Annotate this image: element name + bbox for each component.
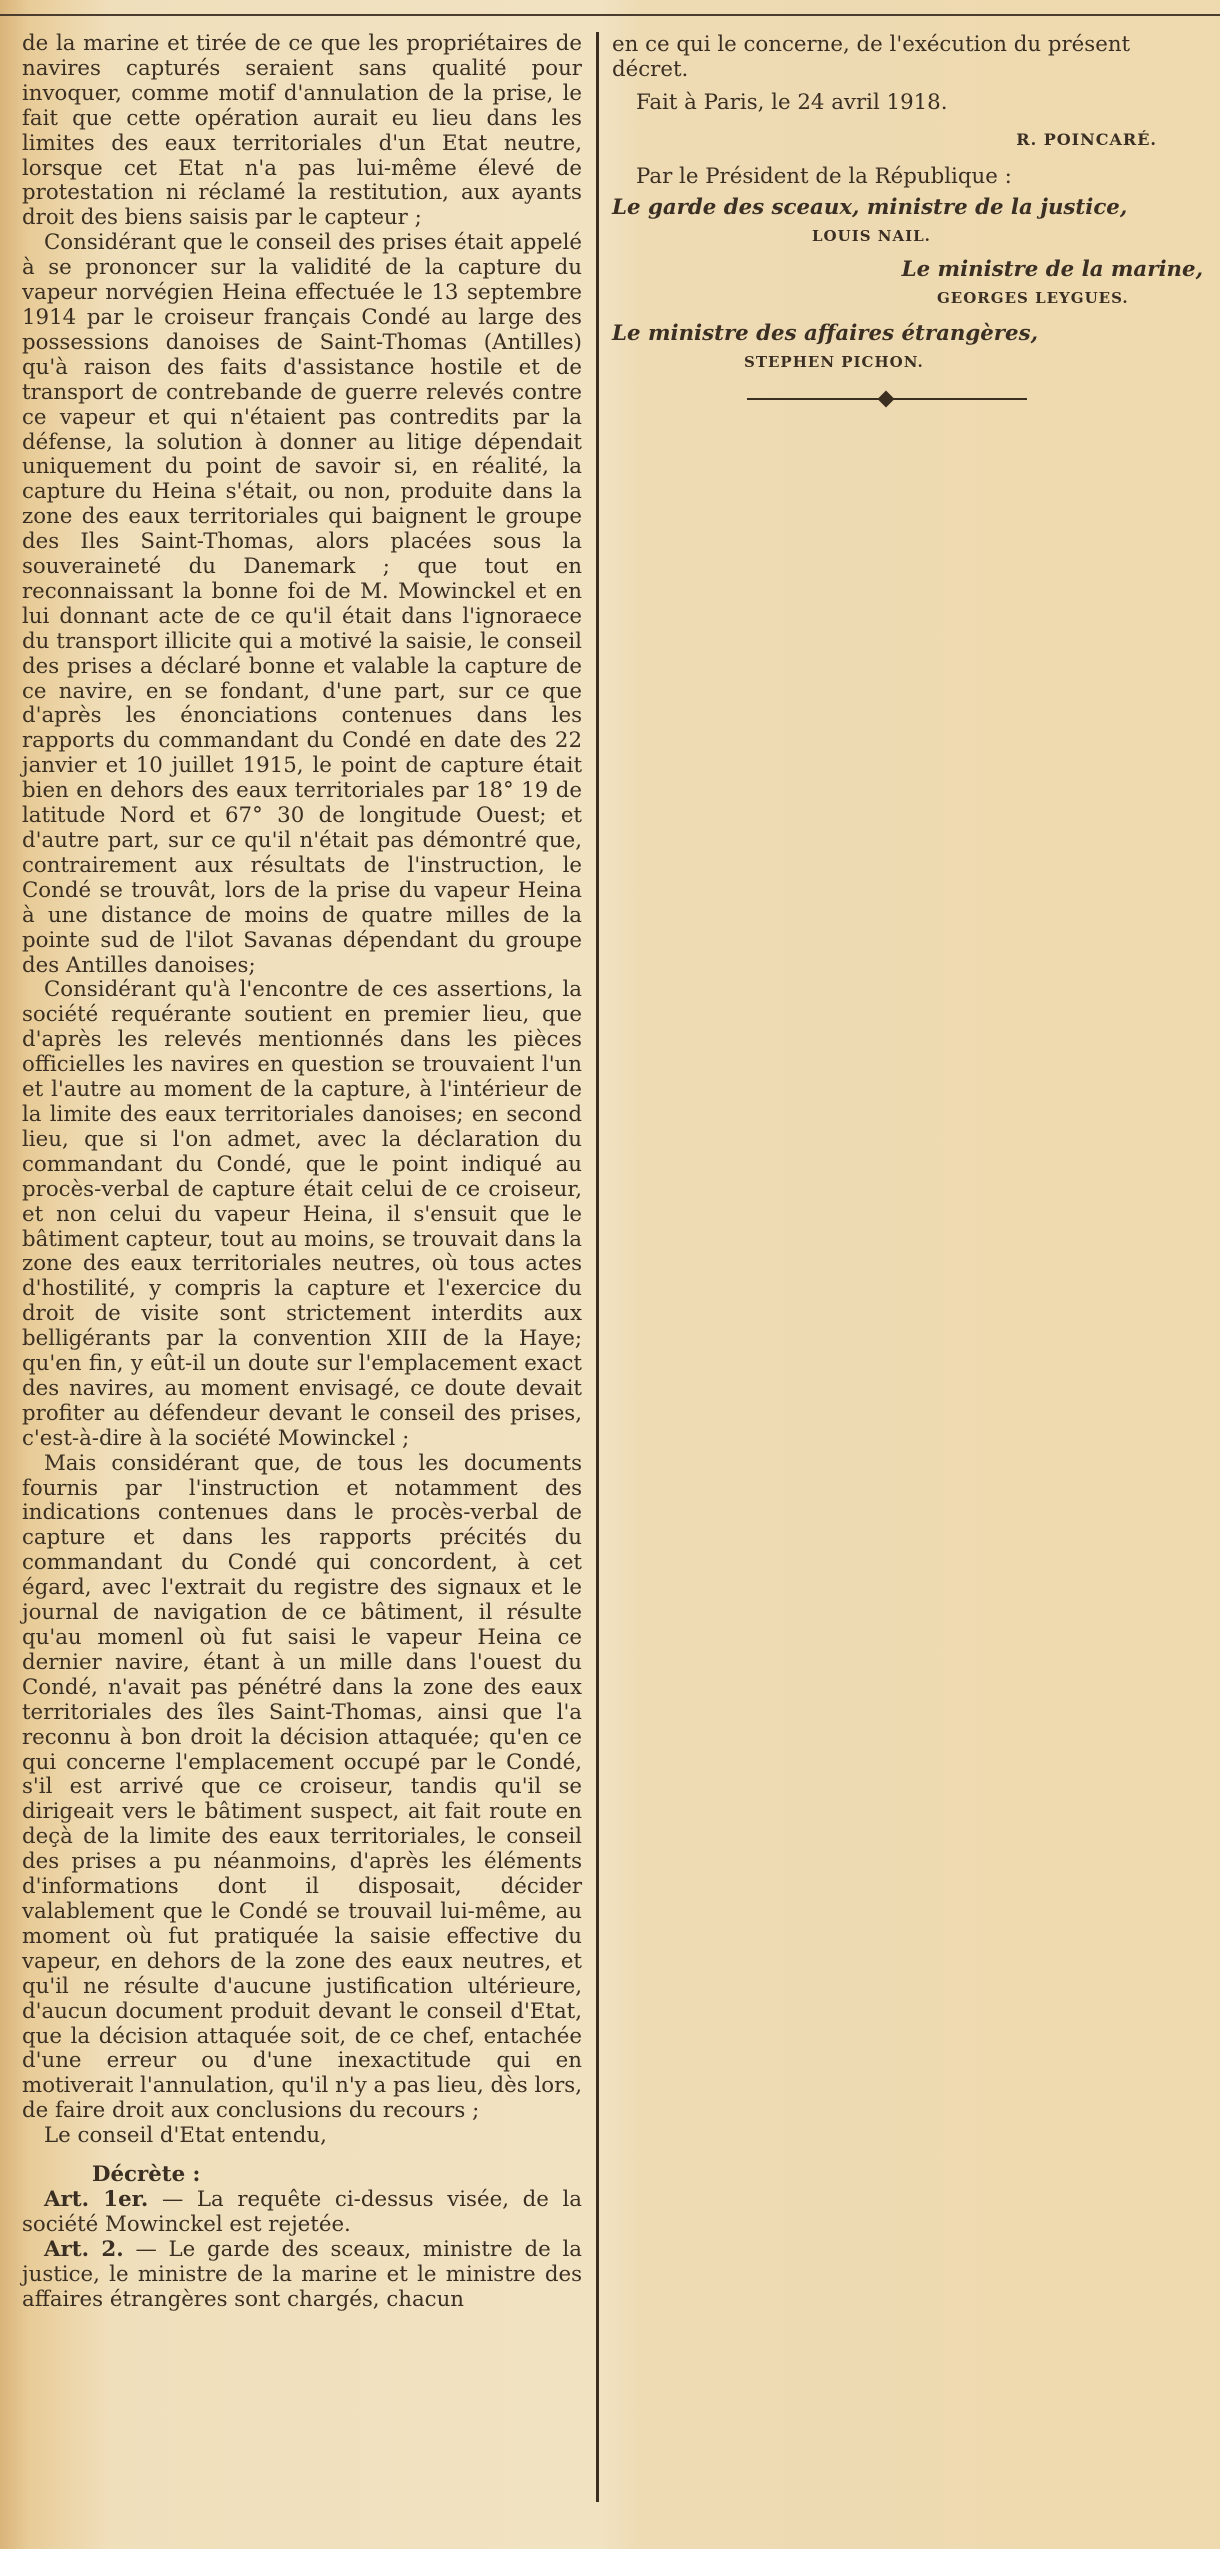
signatory-role-marine: Le ministre de la marine, [612,257,1207,282]
continuation-text: en ce qui le concerne, de l'exécution du… [612,32,1207,82]
by-president-line: Par le Président de la République : [612,164,1207,189]
paragraph-3: Considérant qu'à l'encontre de ces asser… [22,978,582,1451]
top-rule [0,14,1220,16]
right-column: en ce qui le concerne, de l'exécution du… [612,32,1207,405]
paragraph-5: Le conseil d'Etat entendu, [22,2124,582,2149]
left-column: de la marine et tirée de ce que les prop… [22,32,582,2312]
decree-heading: Décrète : [22,2163,582,2188]
president-signature: R. POINCARÉ. [612,127,1207,152]
place-date: Fait à Paris, le 24 avril 1918. [612,90,1207,115]
newspaper-page: de la marine et tirée de ce que les prop… [0,0,1220,2549]
article-1: Art. 1er. — La requête ci-dessus visée, … [22,2188,582,2238]
ornamental-divider [747,393,1027,405]
paragraph-1: de la marine et tirée de ce que les prop… [22,32,582,231]
paragraph-4: Mais considérant que, de tous les docume… [22,1452,582,2124]
article-2-label: Art. 2. [44,2237,124,2262]
diamond-ornament-icon [878,391,895,408]
article-1-label: Art. 1er. [44,2187,148,2212]
signatory-name-justice: LOUIS NAIL. [612,224,1207,249]
signatory-role-foreign-affairs: Le ministre des affaires étrangères, [612,321,1207,346]
article-2: Art. 2. — Le garde des sceaux, ministre … [22,2238,582,2313]
paragraph-2: Considérant que le conseil des prises ét… [22,231,582,978]
signatory-name-marine: GEORGES LEYGUES. [612,286,1207,311]
signatory-role-justice: Le garde des sceaux, ministre de la just… [612,195,1207,220]
column-divider [596,32,599,2502]
signatory-name-foreign-affairs: STEPHEN PICHON. [612,350,1207,375]
